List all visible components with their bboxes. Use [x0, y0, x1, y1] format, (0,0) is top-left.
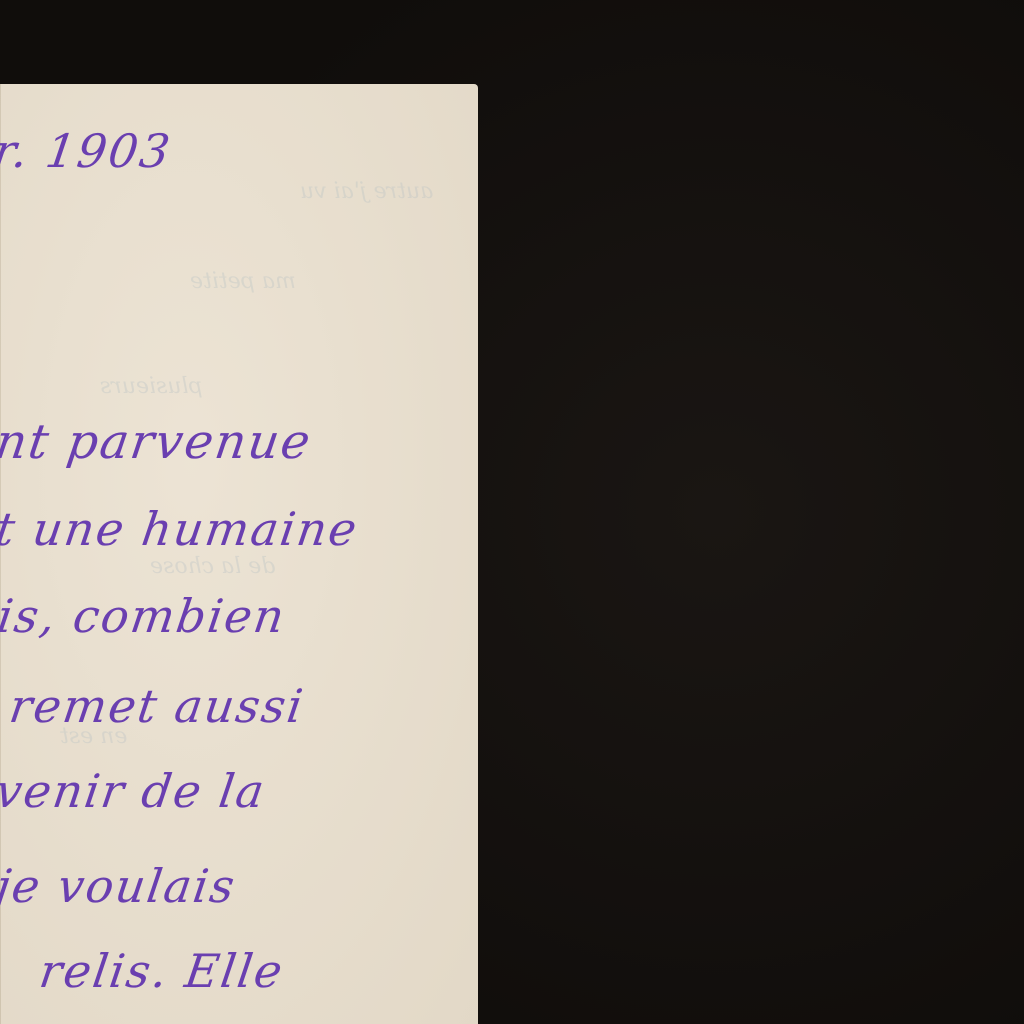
handwritten-line: je voulais — [0, 859, 240, 913]
handwritten-line: is, combien — [0, 589, 289, 643]
handwritten-line: venir de la — [0, 764, 269, 818]
bleed-through-text: de la chose — [150, 554, 275, 579]
letter-page: autre j'ai vu ma petite plusieurs de la … — [0, 84, 478, 1024]
bleed-through-text: autre j'ai vu — [300, 179, 433, 204]
handwritten-line: t une humaine — [0, 502, 362, 556]
handwritten-line: relis. Elle — [36, 944, 287, 998]
handwritten-line: nt parvenue — [0, 414, 315, 470]
bleed-through-text: ma petite — [190, 269, 296, 294]
handwritten-line: remet aussi — [6, 679, 308, 733]
bleed-through-text: plusieurs — [100, 374, 203, 399]
handwritten-line-date: r. 1903 — [0, 124, 175, 178]
